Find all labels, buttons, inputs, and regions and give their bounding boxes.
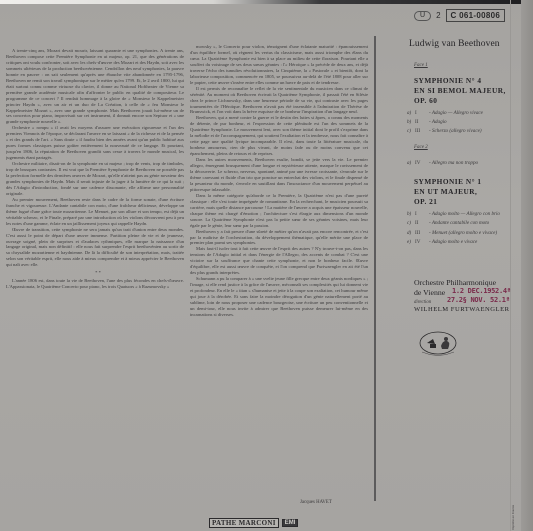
side-1-label: Face 1 — [414, 63, 428, 68]
movement-letter: c) — [407, 220, 415, 226]
movement-title: - Adagio molto — Allegro con brio — [429, 211, 500, 217]
column-divider — [374, 36, 376, 501]
conductor-name: WILHELM FURTWAENGLER — [414, 306, 510, 313]
movement-title: - Menuet (allegro molto e vivace) — [429, 230, 497, 236]
liner-paragraph: A trente-cinq ans, Mozart devait mourir,… — [6, 48, 184, 125]
movement-item: c)III- Scherzo (allegro vivace) — [407, 128, 482, 134]
liner-paragraph: Au premier mouvement, Beethoven reste da… — [6, 197, 184, 227]
movement-item: e)IV- Adagio molto e vivace — [407, 239, 477, 245]
movement-item: b)II- Adagio — [407, 119, 447, 125]
title-line: EN UT MAJEUR, — [414, 187, 481, 197]
catalog-number: C 061-00806 — [446, 9, 506, 22]
liner-paragraph: Il est permis de reconnaître le reflet d… — [190, 86, 368, 116]
liner-paragraph: L'année 1806 est, dans toute la vie de B… — [6, 278, 184, 290]
title-line: SYMPHONIE N° 4 — [414, 76, 506, 86]
symphony-1-title: SYMPHONIE N° 1 EN UT MAJEUR, OP. 21 — [414, 177, 481, 208]
liner-paragraph: Orchestre « rompu » il avait les moyens … — [6, 125, 184, 161]
emi-logo: EMI — [282, 519, 299, 527]
liner-paragraph: mowsky », le Concerto pour violon, témoi… — [190, 44, 368, 86]
movement-title: - Adagio — Allegro vivace — [429, 110, 483, 116]
direction-label: direction — [414, 300, 431, 305]
symphony-4-title: SYMPHONIE N° 4 EN SI BEMOL MAJEUR, OP. 6… — [414, 76, 506, 107]
section-separator: * * — [6, 270, 184, 276]
movement-letter: b) — [407, 119, 415, 125]
movement-letter: b) — [407, 211, 415, 217]
title-line: OP. 21 — [414, 197, 481, 207]
liner-paragraph: Dans la même catégorie qu'aborde ce la P… — [190, 193, 368, 229]
movement-item: a)IV- Allegro ma non troppo — [407, 160, 478, 166]
movement-number: III — [415, 128, 429, 134]
movement-title: - Scherzo (allegro vivace) — [429, 128, 482, 134]
movement-letter: a) — [407, 110, 415, 116]
liner-paragraph: Beethoven, qui a mené contre la guerre e… — [190, 115, 368, 157]
movement-letter: a) — [407, 160, 415, 166]
liner-paragraph: Mais faut-il isoler tout à fait cette œu… — [190, 246, 368, 276]
liner-notes-column-1: A trente-cinq ans, Mozart devait mourir,… — [6, 48, 184, 513]
pathe-marconi-logo: PATHE MARCONI — [209, 518, 279, 528]
movement-number: III — [415, 230, 429, 236]
movement-number: IV — [415, 160, 429, 166]
label-logos: PATHE MARCONI EMI — [209, 518, 298, 528]
movement-number: IV — [415, 239, 429, 245]
title-line: SYMPHONIE N° 1 — [414, 177, 481, 187]
title-line: EN SI BEMOL MAJEUR, — [414, 86, 506, 96]
movement-title: - Andante cantabile con moto — [429, 220, 489, 226]
handwritten-date-1: 1.2 DEC.1952.4ª — [452, 287, 511, 295]
movement-item: a)I- Adagio — Allegro vivace — [407, 110, 483, 116]
movement-number: I — [415, 110, 429, 116]
movement-title: - Adagio molto e vivace — [429, 239, 477, 245]
liner-notes-column-2: mowsky », le Concerto pour violon, témoi… — [190, 44, 368, 449]
liner-paragraph: Dans les autres mouvements, Beethoven ex… — [190, 157, 368, 193]
movement-letter: c) — [407, 128, 415, 134]
movement-number: II — [415, 220, 429, 226]
top-edge-shadow — [0, 0, 533, 4]
movement-number: II — [415, 119, 429, 125]
liner-paragraph: Orchestre militaire, disait-on de la sym… — [6, 161, 184, 197]
liner-notes-author: Jacques HAVET — [300, 500, 332, 505]
price-code-badge: U — [414, 11, 431, 21]
his-masters-voice-logo-icon — [419, 330, 457, 358]
movement-number: I — [415, 211, 429, 217]
sleeve-right-edge — [521, 0, 533, 531]
liner-paragraph: Œuvre de transition, cette symphonie ne … — [6, 227, 184, 269]
movement-letter: e) — [407, 239, 415, 245]
catalog-number-block: U 2 C 061-00806 — [414, 9, 505, 22]
movement-item: d)III- Menuet (allegro molto e vivace) — [407, 230, 497, 236]
movement-item: c)II- Andante cantabile con moto — [407, 220, 489, 226]
side-2-label: Face 2 — [414, 145, 428, 150]
movement-title: - Adagio — [429, 119, 447, 125]
album-back-cover: U 2 C 061-00806 A trente-cinq ans, Mozar… — [0, 0, 533, 531]
handwritten-date-2: 27.2§ NOV. 52.1ª — [447, 296, 510, 304]
title-line: OP. 60 — [414, 96, 506, 106]
printer-credit: Imprimé en France — [511, 490, 517, 530]
side-count: 2 — [436, 11, 440, 20]
liner-paragraph: Schumann a pu la comparer à « une svelte… — [190, 276, 368, 318]
movement-letter: d) — [407, 230, 415, 236]
composer-name: Ludwig van Beethoven — [409, 39, 500, 49]
movement-title: - Allegro ma non troppo — [429, 160, 478, 166]
movement-item: b)I- Adagio molto — Allegro con brio — [407, 211, 500, 217]
liner-paragraph: Beethoven y a fait preuve d'une sûreté d… — [190, 229, 368, 247]
sleeve-fold-line — [510, 0, 511, 531]
